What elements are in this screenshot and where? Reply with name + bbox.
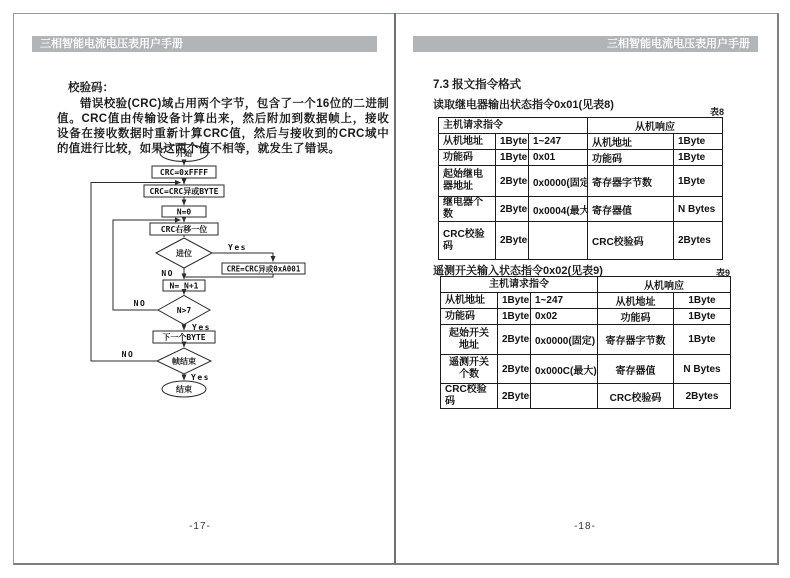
table-cell: 2Bytes: [498, 355, 531, 384]
table-row: 遥测开关 个数 2Bytes 0x000C(最大) 寄存器值 N Bytes: [441, 355, 731, 384]
table-header-cell: 主机请求指令: [439, 118, 588, 134]
table-cell: 2Bytes: [496, 197, 529, 222]
table-cell: 寄存器字节数: [598, 325, 674, 355]
flowchart-next-byte-label: 下一个BYTE: [162, 332, 205, 342]
flowchart-carry-label: 进位: [175, 248, 192, 258]
table-cell: 2Bytes: [674, 384, 731, 409]
table-cell: 1Byte: [674, 325, 731, 355]
flowchart-xor-byte-label: CRC=CRC异或BYTE: [150, 186, 219, 196]
flowchart-shift-label: CRC右移一位: [161, 224, 207, 234]
left-page-header-bar: 三相智能电流电压表用户手册: [32, 36, 377, 52]
flowchart-n-loop-no-label: NO: [134, 299, 147, 308]
table-cell: [529, 222, 588, 260]
table-row: 继电器个数 2Bytes 0x0004(最大) 寄存器值 N Bytes: [439, 197, 723, 222]
table8-command-format: 主机请求指令 从机响应 从机地址 1Byte 1~247 从机地址 1Byte …: [438, 117, 723, 260]
table-row: 从机地址 1Byte 1~247 从机地址 1Byte: [439, 134, 723, 150]
table-cell: 起始继电 器地址: [439, 166, 496, 197]
table-row: 功能码 1Byte 0x02 功能码 1Byte: [441, 309, 731, 325]
table-cell: 1Byte: [496, 150, 529, 166]
checksum-heading: 校验码：: [68, 79, 389, 95]
page-divider-line: [394, 13, 396, 564]
table-cell: 从机地址: [439, 134, 496, 150]
table-cell: 从机地址: [441, 293, 498, 309]
table-cell: 1Byte: [674, 309, 731, 325]
table-row: CRC校验码 2Bytes CRC校验码 2Bytes: [439, 222, 723, 260]
table-row: 起始开关 地址 2Bytes 0x0000(固定) 寄存器字节数 1Byte: [441, 325, 731, 355]
table-cell: 功能码: [588, 150, 674, 166]
table-cell: 2Bytes: [496, 166, 529, 197]
table-cell: 0x02: [531, 309, 598, 325]
table-cell: 2Bytes: [496, 222, 529, 260]
flowchart-init-label: CRC=0xFFFF: [160, 168, 208, 177]
table-cell: CRC校验码: [441, 384, 498, 409]
table-row: 主机请求指令 从机响应: [441, 277, 731, 293]
table-cell: 寄存器值: [588, 197, 674, 222]
table-cell: 1Byte: [674, 293, 731, 309]
flowchart-carry-yes-label: Yes: [228, 243, 247, 252]
table-cell: 1Byte: [498, 309, 531, 325]
flowchart-n-gt-7-label: N>7: [177, 306, 192, 315]
table-cell: 1~247: [529, 134, 588, 150]
flowchart-increment-label: N= N+1: [170, 282, 199, 291]
table-cell: CRC校验码: [439, 222, 496, 260]
table-cell: 1Byte: [496, 134, 529, 150]
table-cell: CRC校验码: [598, 384, 674, 409]
table-cell: 1Byte: [674, 134, 723, 150]
table-cell: 从机地址: [588, 134, 674, 150]
table-cell: [531, 384, 598, 409]
table-cell: 功能码: [441, 309, 498, 325]
table-cell: 继电器个数: [439, 197, 496, 222]
table8-caption: 读取继电器输出状态指令0x01(见表8): [433, 96, 614, 112]
table-cell: 寄存器值: [598, 355, 674, 384]
table-cell: 2Bytes: [498, 325, 531, 355]
table-cell: 1Byte: [674, 166, 723, 197]
flowchart-xor-poly-label: CRE=CRC异或0xA001: [227, 264, 301, 274]
right-page-header-bar: 三相智能电流电压表用户手册: [413, 36, 758, 52]
table-cell: 从机地址: [598, 293, 674, 309]
table9-command-format: 主机请求指令 从机响应 从机地址 1Byte 1~247 从机地址 1Byte …: [440, 276, 731, 409]
left-page-number: -17-: [150, 521, 250, 532]
table-cell: 功能码: [598, 309, 674, 325]
flowchart-frame-yes-label: Yes: [191, 373, 210, 382]
table-cell: 0x000C(最大): [531, 355, 598, 384]
flowchart-n-zero-label: N=0: [177, 208, 192, 217]
table-row: 起始继电 器地址 2Bytes 0x0000(固定) 寄存器字节数 1Byte: [439, 166, 723, 197]
table-row: 从机地址 1Byte 1~247 从机地址 1Byte: [441, 293, 731, 309]
manual-scan-canvas: 三相智能电流电压表用户手册 校验码： 错误校验(CRC)域占用两个字节，包含了一…: [0, 0, 790, 578]
table-cell: 1Byte: [498, 293, 531, 309]
flowchart-frame-end-label: 帧结束: [172, 356, 196, 366]
crc-flowchart: 开始 CRC=0xFFFF CRC=CRC异或BYTE N=0 CRC右移一位 …: [78, 140, 338, 410]
table-header-cell: 从机响应: [598, 277, 731, 293]
table-cell: 寄存器字节数: [588, 166, 674, 197]
table-cell: 遥测开关 个数: [441, 355, 498, 384]
table-header-cell: 从机响应: [588, 118, 723, 134]
table-cell: 0x0000(固定): [531, 325, 598, 355]
table-cell: 1Byte: [674, 150, 723, 166]
table-cell: 2Bytes: [674, 222, 723, 260]
table-cell: 功能码: [439, 150, 496, 166]
right-page-number: -18-: [535, 521, 635, 532]
table-row: 主机请求指令 从机响应: [439, 118, 723, 134]
table-cell: N Bytes: [674, 197, 723, 222]
table-cell: N Bytes: [674, 355, 731, 384]
flowchart-end-label: 结束: [176, 384, 192, 394]
table-cell: 2Bytes: [498, 384, 531, 409]
table-cell: 1~247: [531, 293, 598, 309]
table-header-cell: 主机请求指令: [441, 277, 598, 293]
table-row: 功能码 1Byte 0x01 功能码 1Byte: [439, 150, 723, 166]
table-cell: CRC校验码: [588, 222, 674, 260]
flowchart-carry-yes-connector: [212, 253, 273, 262]
table-cell: 0x0000(固定): [529, 166, 588, 197]
table-cell: 起始开关 地址: [441, 325, 498, 355]
flowchart-frame-loop-no-label: NO: [122, 350, 135, 359]
section-title: 7.3 报文指令格式: [433, 76, 521, 92]
flowchart-carry-no-label: NO: [161, 269, 174, 278]
table-cell: 0x0004(最大): [529, 197, 588, 222]
table-cell: 0x01: [529, 150, 588, 166]
flowchart-start-label: 开始: [176, 148, 193, 158]
table-row: CRC校验码 2Bytes CRC校验码 2Bytes: [441, 384, 731, 409]
